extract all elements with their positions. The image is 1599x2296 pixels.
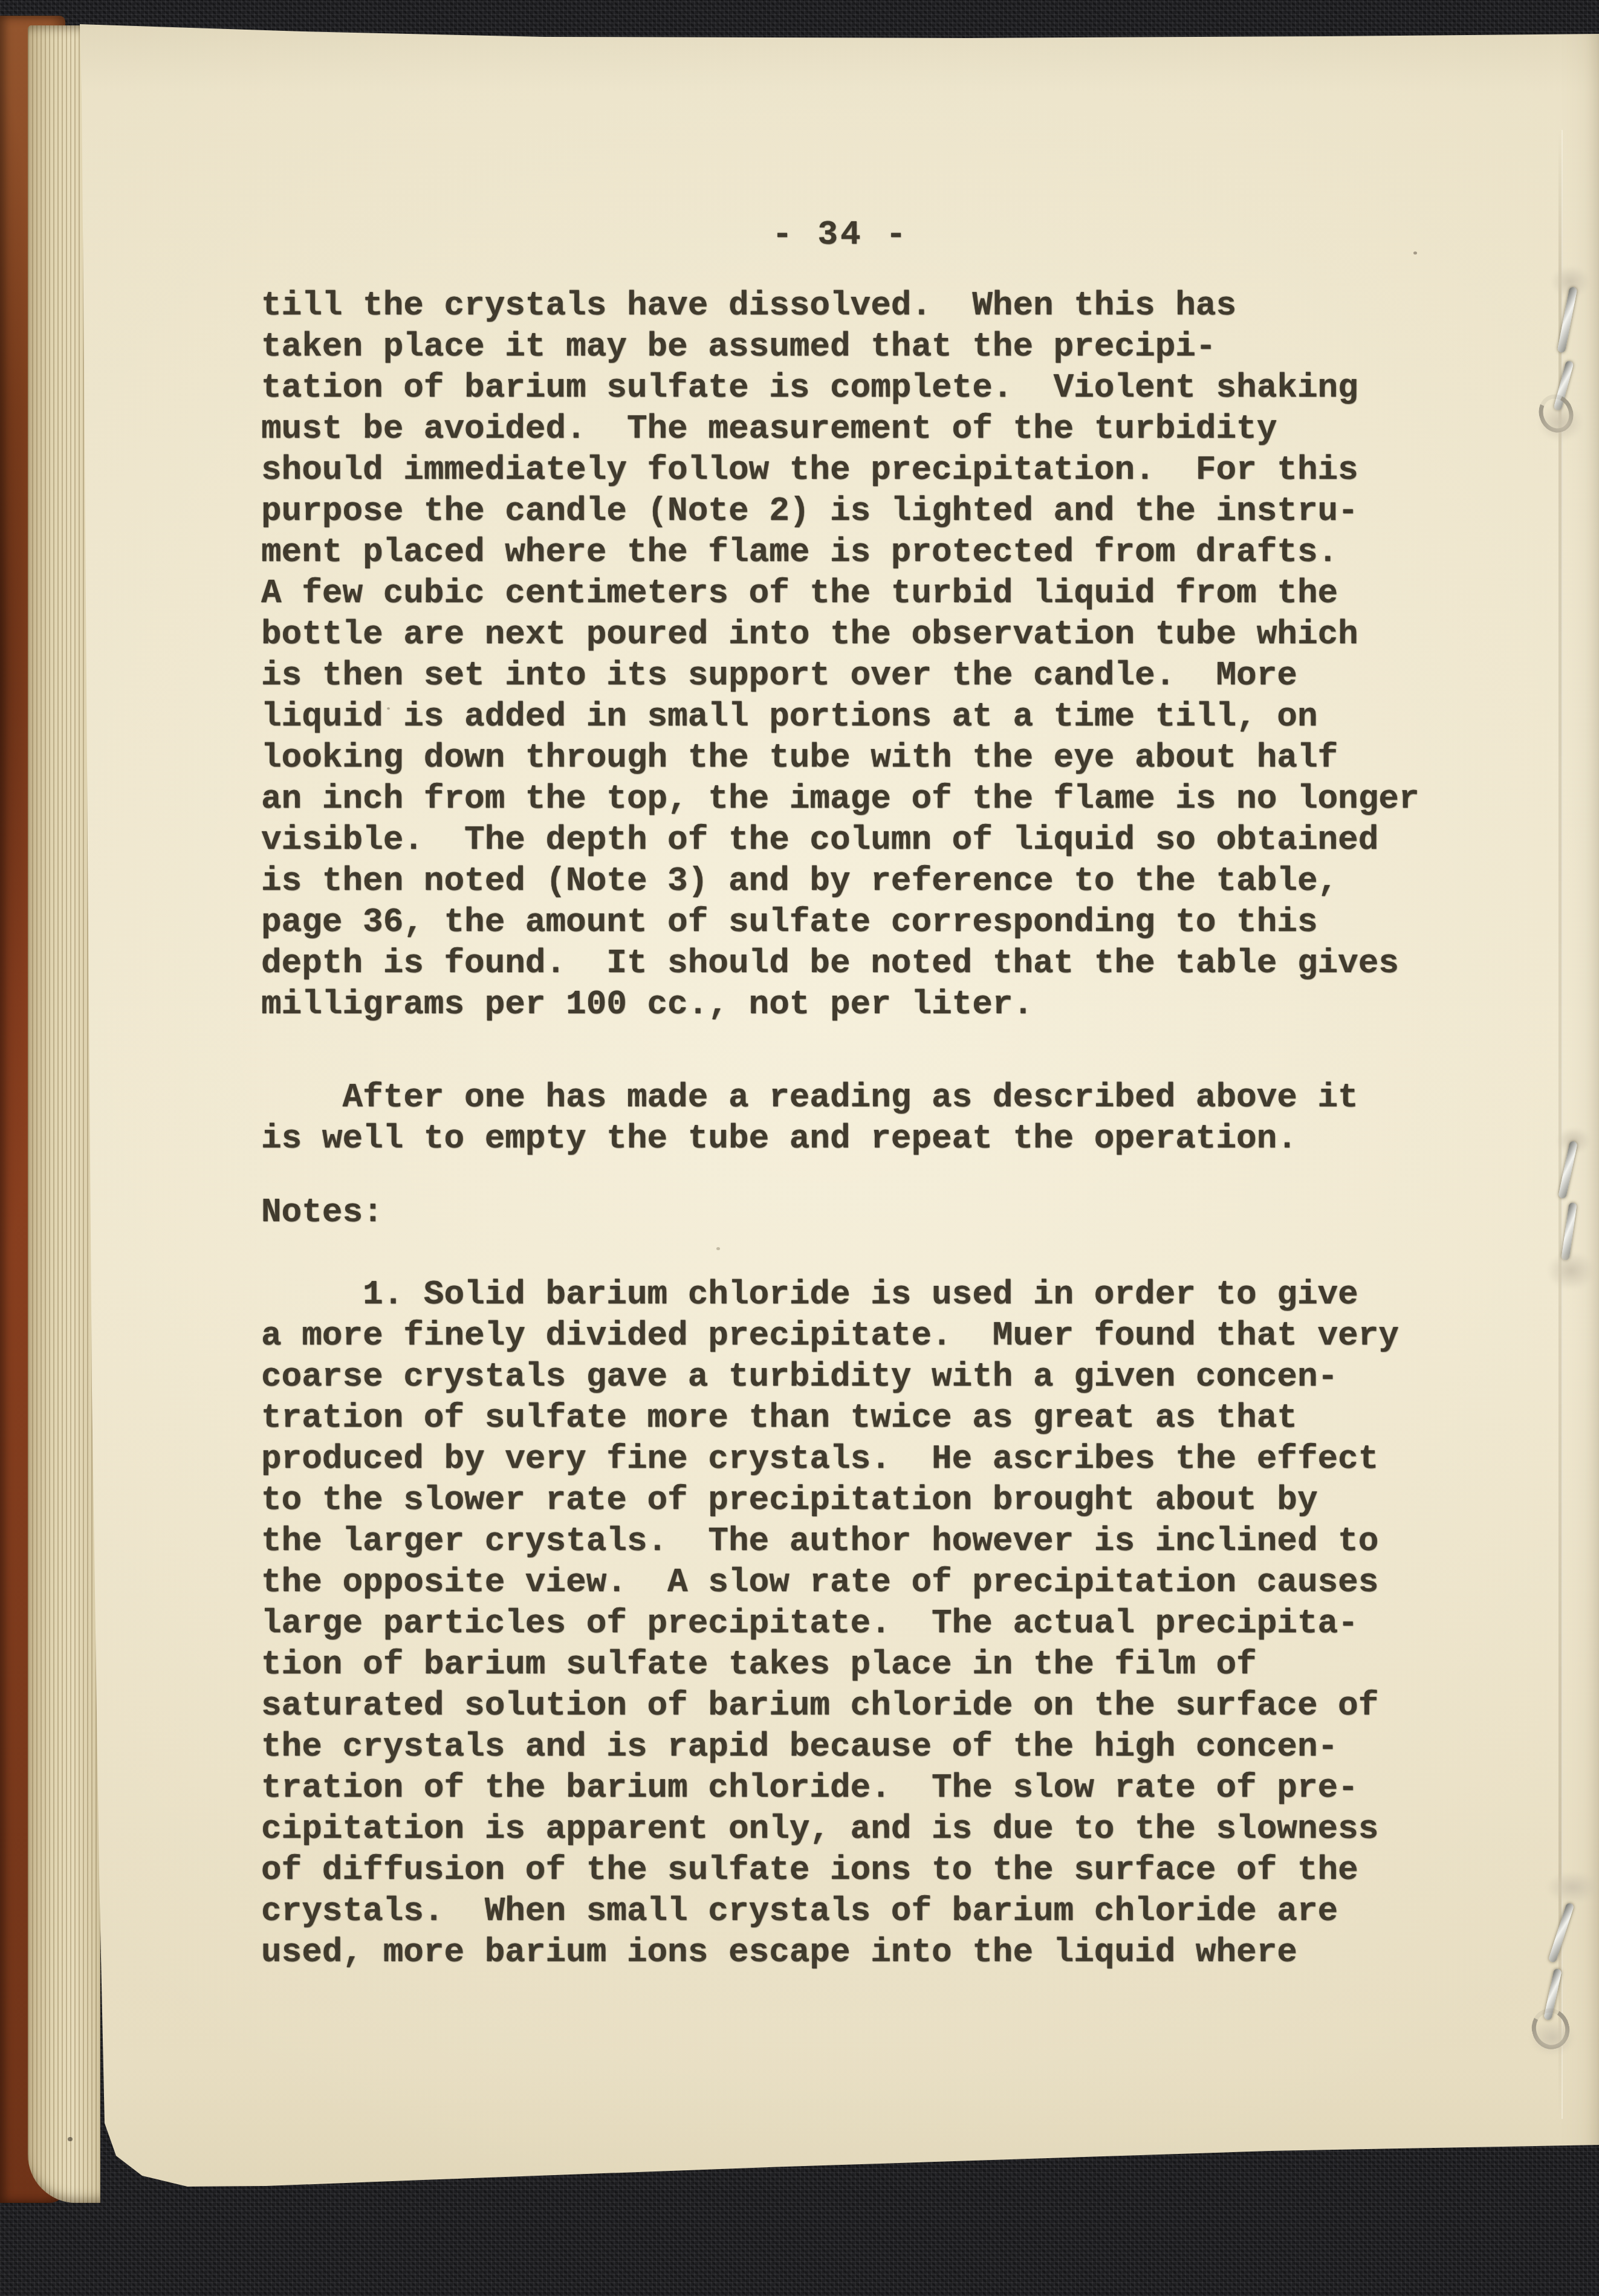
paper-speck <box>387 707 390 710</box>
scanned-book-photo: { "page": { "number_label": "- 34 -" }, … <box>0 0 1599 2296</box>
text-line: looking down through the tube with the e… <box>261 737 1461 778</box>
thread-fray <box>1546 1872 1599 1903</box>
binding-staple <box>1536 266 1599 447</box>
text-line: milligrams per 100 cc., not per liter. <box>261 984 1461 1025</box>
thread-fray <box>1538 404 1583 441</box>
text-line: ment placed where the flame is protected… <box>261 531 1461 572</box>
text-line: taken place it may be assumed that the p… <box>261 326 1461 367</box>
paper-speck <box>68 2137 73 2141</box>
text-line: the opposite view. A slow rate of precip… <box>261 1561 1461 1603</box>
text-line: an inch from the top, the image of the f… <box>261 778 1461 819</box>
page-number: - 34 - <box>266 214 1415 255</box>
text-line: cipitation is apparent only, and is due … <box>261 1808 1461 1849</box>
text-line: tation of barium sulfate is complete. Vi… <box>261 367 1461 408</box>
binding-staple <box>1539 1127 1599 1309</box>
paper-speck <box>426 1542 429 1545</box>
text-line: crystals. When small crystals of barium … <box>261 1890 1461 1931</box>
text-line: visible. The depth of the column of liqu… <box>261 819 1461 860</box>
text-line: a more finely divided precipitate. Muer … <box>261 1315 1461 1356</box>
text-line: must be avoided. The measurement of the … <box>261 408 1461 449</box>
paper-speck <box>716 1247 720 1250</box>
thread-fray <box>1529 2020 1575 2055</box>
text-line: saturated solution of barium chloride on… <box>261 1685 1461 1726</box>
body-text: till the crystals have dissolved. When t… <box>261 285 1461 1973</box>
text-line: large particles of precipitate. The actu… <box>261 1603 1461 1644</box>
text-line: tration of sulfate more than twice as gr… <box>261 1397 1461 1438</box>
thread-fray <box>1547 1252 1595 1289</box>
paragraph-procedure: till the crystals have dissolved. When t… <box>261 285 1461 1025</box>
paragraph-repeat-reading: After one has made a reading as describe… <box>261 1077 1461 1159</box>
text-line: used, more barium ions escape into the l… <box>261 1931 1461 1973</box>
text-line: is well to empty the tube and repeat the… <box>261 1118 1461 1159</box>
text-line: bottle are next poured into the observat… <box>261 614 1461 655</box>
notes-heading: Notes: <box>261 1192 1461 1233</box>
text-line: is then noted (Note 3) and by reference … <box>261 860 1461 901</box>
paragraph-note-1: 1. Solid barium chloride is used in orde… <box>261 1274 1461 1973</box>
text-line: produced by very fine crystals. He ascri… <box>261 1438 1461 1479</box>
text-line: the crystals and is rapid because of the… <box>261 1726 1461 1767</box>
text-line: After one has made a reading as describe… <box>261 1077 1461 1118</box>
text-line: tration of the barium chloride. The slow… <box>261 1767 1461 1808</box>
binding-staple <box>1523 1868 1596 2049</box>
text-line: liquid is added in small portions at a t… <box>261 696 1461 737</box>
text-line: is then set into its support over the ca… <box>261 655 1461 696</box>
text-line: page 36, the amount of sulfate correspon… <box>261 901 1461 942</box>
text-line: should immediately follow the precipitat… <box>261 449 1461 490</box>
paper-speck <box>1413 251 1417 255</box>
text-line: the larger crystals. The author however … <box>261 1520 1461 1561</box>
text-line: to the slower rate of precipitation brou… <box>261 1479 1461 1520</box>
text-line: coarse crystals gave a turbidity with a … <box>261 1356 1461 1397</box>
text-line: depth is found. It should be noted that … <box>261 942 1461 984</box>
text-line: till the crystals have dissolved. When t… <box>261 285 1461 326</box>
text-line: A few cubic centimeters of the turbid li… <box>261 572 1461 614</box>
text-line: purpose the candle (Note 2) is lighted a… <box>261 490 1461 531</box>
text-line: of diffusion of the sulfate ions to the … <box>261 1849 1461 1890</box>
text-line: 1. Solid barium chloride is used in orde… <box>261 1274 1461 1315</box>
staple-bar <box>1548 1902 1575 1963</box>
text-line: tion of barium sulfate takes place in th… <box>261 1644 1461 1685</box>
